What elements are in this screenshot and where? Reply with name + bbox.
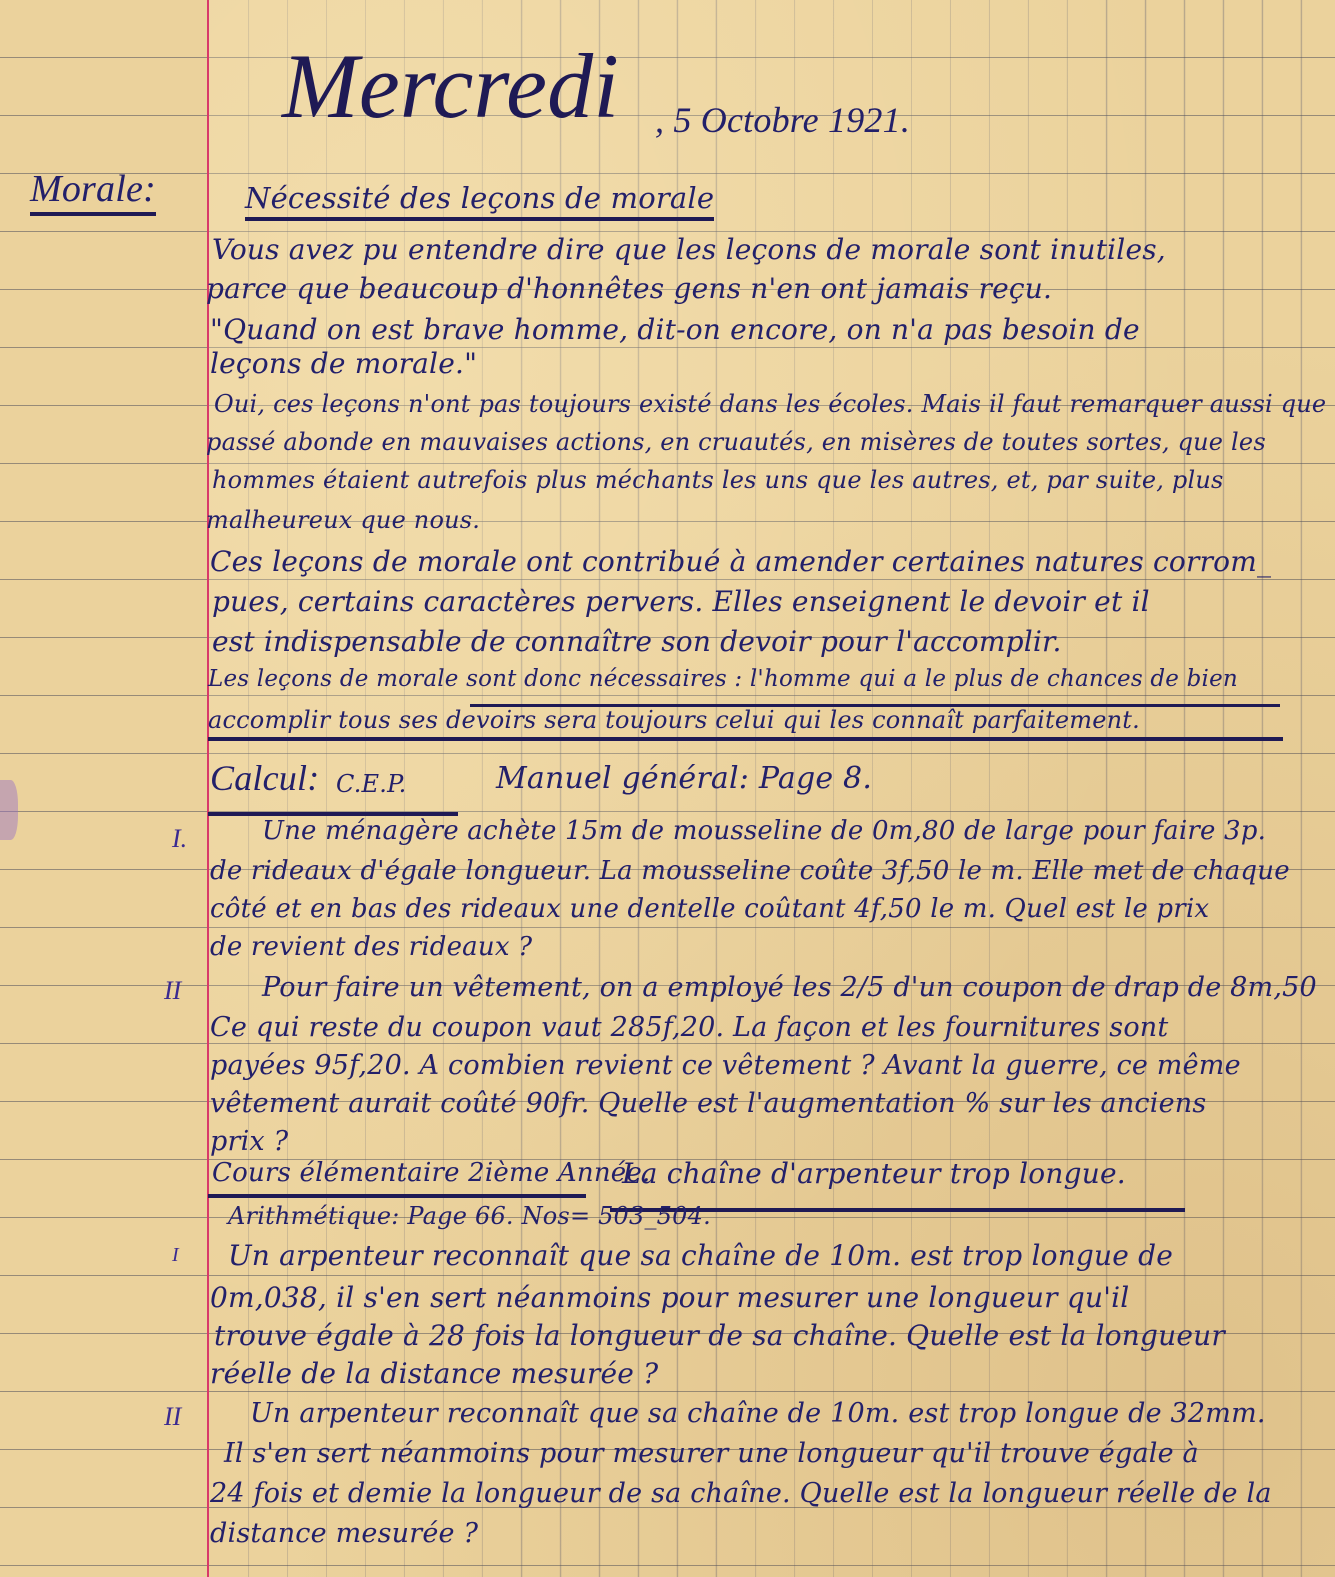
day-title: Mercredi [282,40,619,132]
text-line: accomplir tous ses devoirs sera toujours… [208,708,1140,732]
section-divider [208,737,1283,741]
left-margin [0,0,207,1577]
ink-stain [0,780,18,840]
text-line: Ces leçons de morale ont contribué à ame… [210,548,1271,576]
subject-morale-label: Morale: [30,168,156,216]
text-line: 24 fois et demie la longueur de sa chaîn… [210,1480,1272,1507]
text-line: 0m,038, il s'en sert néanmoins pour mesu… [210,1284,1129,1312]
red-margin-line [207,0,209,1577]
text-line: Un arpenteur reconnaît que sa chaîne de … [250,1400,1266,1427]
text-line: Pour faire un vêtement, on a employé les… [262,974,1317,1001]
text-line: trouve égale à 28 fois la longueur de sa… [214,1322,1225,1350]
text-line: Les leçons de morale sont donc nécessair… [208,668,1238,691]
problem-number: I [172,1244,179,1267]
text-line: "Quand on est brave homme, dit-on encore… [210,316,1140,344]
text-line: leçons de morale." [210,350,477,378]
text-line: de rideaux d'égale longueur. La mousseli… [210,858,1290,884]
text-line: prix ? [210,1128,288,1155]
text-line: pues, certains caractères pervers. Elles… [212,588,1150,616]
text-line: Oui, ces leçons n'ont pas toujours exist… [214,392,1335,416]
text-line: Une ménagère achète 15m de mousseline de… [262,818,1266,844]
text-line: parce que beaucoup d'honnêtes gens n'en … [206,275,1052,303]
underline-rule [470,704,1280,707]
cours-elementaire-title: La chaîne d'arpenteur trop longue. [622,1160,1126,1188]
calcul-reference: Manuel général: Page 8. [496,764,872,794]
text-line: Il s'en sert néanmoins pour mesurer une … [224,1440,1199,1467]
text-line: vêtement aurait coûté 90fr. Quelle est l… [210,1090,1206,1117]
date-text: , 5 Octobre 1921. [655,102,910,138]
text-line: de revient des rideaux ? [210,934,532,960]
cours-elementaire-label: Cours élémentaire 2ième Année. [212,1160,650,1186]
morale-title-text: Nécessité des leçons de morale [245,181,714,221]
problem-number: II [164,976,181,1006]
subject-morale: Morale: [30,170,156,208]
text-line: hommes étaient autrefois plus méchants l… [212,468,1224,492]
text-line: distance mesurée ? [210,1520,478,1547]
problem-number: I. [172,824,187,854]
calcul-level: C.E.P. [336,772,406,796]
text-line: réelle de la distance mesurée ? [210,1360,658,1388]
text-line: malheureux que nous. [206,508,480,532]
morale-title: Nécessité des leçons de morale [245,184,714,213]
problem-number: II [164,1402,181,1432]
text-line: est indispensable de connaître son devoi… [212,628,1062,656]
subject-calcul: Calcul: [210,760,319,796]
text-line: côté et en bas des rideaux une dentelle … [210,896,1209,922]
text-line: passé abonde en mauvaises actions, en cr… [206,430,1266,454]
text-line: Ce qui reste du coupon vaut 285f,20. La … [210,1014,1168,1041]
cours-underline [208,1194,586,1198]
text-line: Un arpenteur reconnaît que sa chaîne de … [228,1242,1173,1270]
text-line: payées 95f,20. A combien revient ce vête… [210,1052,1241,1079]
text-line: Vous avez pu entendre dire que les leçon… [212,236,1166,264]
cours-reference: Arithmétique: Page 66. Nos= 503_504. [228,1204,711,1228]
